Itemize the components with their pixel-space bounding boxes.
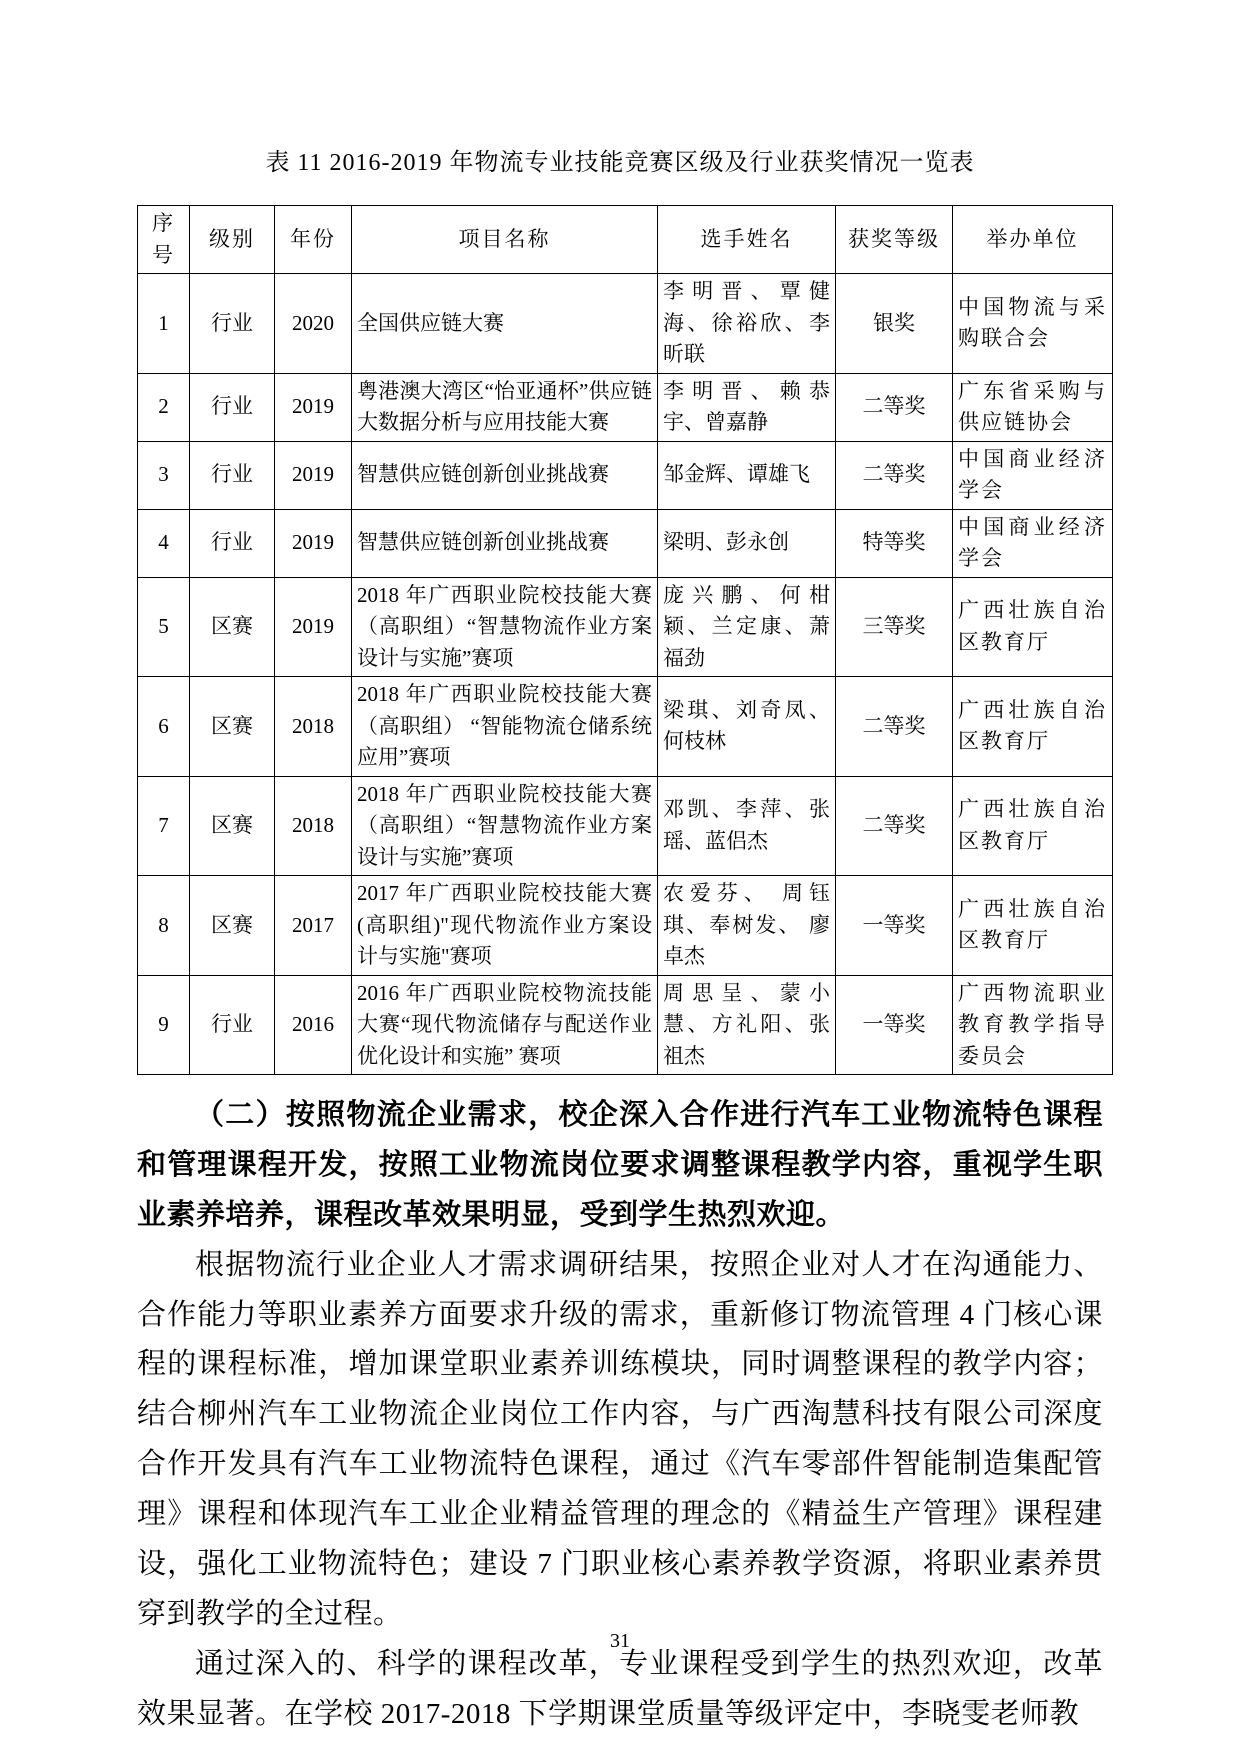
table-row: 7 区赛 2018 2018 年广西职业院校技能大赛（高职组）“智慧物流作业方案… xyxy=(138,776,1113,876)
cell-award: 特等奖 xyxy=(836,509,953,577)
cell-award: 三等奖 xyxy=(836,577,953,677)
cell-project: 全国供应链大赛 xyxy=(352,274,658,374)
header-organizer: 举办单位 xyxy=(953,206,1113,274)
cell-players: 李明晋、覃健海、徐裕欣、李昕联 xyxy=(658,274,836,374)
award-table: 序号 级别 年份 项目名称 选手姓名 获奖等级 举办单位 1 行业 2020 全… xyxy=(137,205,1113,1075)
header-no: 序号 xyxy=(138,206,190,274)
cell-level: 行业 xyxy=(190,975,275,1075)
table-row: 4 行业 2019 智慧供应链创新创业挑战赛 梁明、彭永创 特等奖 中国商业经济… xyxy=(138,509,1113,577)
cell-players: 周思呈、蒙小慧、方礼阳、张祖杰 xyxy=(658,975,836,1075)
cell-organizer: 广西壮族自治区教育厅 xyxy=(953,577,1113,677)
cell-organizer: 广东省采购与供应链协会 xyxy=(953,373,1113,441)
cell-level: 区赛 xyxy=(190,776,275,876)
header-project: 项目名称 xyxy=(352,206,658,274)
table-row: 6 区赛 2018 2018 年广西职业院校技能大赛（高职组） “智能物流仓储系… xyxy=(138,677,1113,777)
cell-no: 1 xyxy=(138,274,190,374)
cell-award: 二等奖 xyxy=(836,677,953,777)
cell-level: 行业 xyxy=(190,441,275,509)
header-level: 级别 xyxy=(190,206,275,274)
cell-award: 一等奖 xyxy=(836,876,953,976)
cell-organizer: 广西物流职业教育教学指导委员会 xyxy=(953,975,1113,1075)
cell-no: 4 xyxy=(138,509,190,577)
cell-award: 二等奖 xyxy=(836,441,953,509)
cell-players: 梁琪、刘奇凤、何枝林 xyxy=(658,677,836,777)
cell-no: 8 xyxy=(138,876,190,976)
header-players: 选手姓名 xyxy=(658,206,836,274)
cell-organizer: 中国商业经济学会 xyxy=(953,441,1113,509)
cell-no: 2 xyxy=(138,373,190,441)
cell-year: 2019 xyxy=(275,509,352,577)
cell-no: 7 xyxy=(138,776,190,876)
cell-year: 2016 xyxy=(275,975,352,1075)
cell-level: 区赛 xyxy=(190,577,275,677)
table-header-row: 序号 级别 年份 项目名称 选手姓名 获奖等级 举办单位 xyxy=(138,206,1113,274)
cell-year: 2018 xyxy=(275,677,352,777)
table-row: 2 行业 2019 粤港澳大湾区“怡亚通杯”供应链大数据分析与应用技能大赛 李明… xyxy=(138,373,1113,441)
paragraph-heading: （二）按照物流企业需求，校企深入合作进行汽车工业物流特色课程和管理课程开发，按照… xyxy=(137,1091,1103,1241)
cell-award: 二等奖 xyxy=(836,776,953,876)
cell-project: 2018 年广西职业院校技能大赛（高职组） “智能物流仓储系统应用”赛项 xyxy=(352,677,658,777)
cell-organizer: 广西壮族自治区教育厅 xyxy=(953,776,1113,876)
table-row: 5 区赛 2019 2018 年广西职业院校技能大赛（高职组）“智慧物流作业方案… xyxy=(138,577,1113,677)
table-row: 1 行业 2020 全国供应链大赛 李明晋、覃健海、徐裕欣、李昕联 银奖 中国物… xyxy=(138,274,1113,374)
cell-level: 区赛 xyxy=(190,876,275,976)
cell-organizer: 广西壮族自治区教育厅 xyxy=(953,876,1113,976)
cell-project: 2016 年广西职业院校物流技能大赛“现代物流储存与配送作业优化设计和实施” 赛… xyxy=(352,975,658,1075)
header-year: 年份 xyxy=(275,206,352,274)
cell-players: 庞兴鹏、何柑颖、兰定康、萧福劲 xyxy=(658,577,836,677)
cell-players: 梁明、彭永创 xyxy=(658,509,836,577)
cell-organizer: 中国物流与采购联合会 xyxy=(953,274,1113,374)
paragraph-body: 通过深入的、科学的课程改革，专业课程受到学生的热烈欢迎，改革效果显著。在学校 2… xyxy=(137,1640,1103,1740)
header-award: 获奖等级 xyxy=(836,206,953,274)
cell-award: 二等奖 xyxy=(836,373,953,441)
cell-year: 2019 xyxy=(275,441,352,509)
cell-no: 3 xyxy=(138,441,190,509)
cell-project: 2017 年广西职业院校技能大赛(高职组)"现代物流作业方案设计与实施"赛项 xyxy=(352,876,658,976)
cell-project: 2018 年广西职业院校技能大赛（高职组）“智慧物流作业方案设计与实施”赛项 xyxy=(352,776,658,876)
cell-award: 银奖 xyxy=(836,274,953,374)
table-caption: 表 11 2016-2019 年物流专业技能竞赛区级及行业获奖情况一览表 xyxy=(0,142,1240,177)
cell-year: 2019 xyxy=(275,373,352,441)
cell-level: 行业 xyxy=(190,509,275,577)
cell-project: 智慧供应链创新创业挑战赛 xyxy=(352,441,658,509)
cell-year: 2019 xyxy=(275,577,352,677)
table-row: 9 行业 2016 2016 年广西职业院校物流技能大赛“现代物流储存与配送作业… xyxy=(138,975,1113,1075)
cell-players: 邹金辉、谭雄飞 xyxy=(658,441,836,509)
table-row: 3 行业 2019 智慧供应链创新创业挑战赛 邹金辉、谭雄飞 二等奖 中国商业经… xyxy=(138,441,1113,509)
cell-no: 5 xyxy=(138,577,190,677)
cell-players: 农爱芬、 周钰琪、奉树发、 廖卓杰 xyxy=(658,876,836,976)
cell-level: 行业 xyxy=(190,373,275,441)
paragraph-body: 根据物流行业企业人才需求调研结果，按照企业对人才在沟通能力、合作能力等职业素养方… xyxy=(137,1241,1103,1640)
cell-level: 行业 xyxy=(190,274,275,374)
cell-award: 一等奖 xyxy=(836,975,953,1075)
cell-year: 2020 xyxy=(275,274,352,374)
cell-project: 智慧供应链创新创业挑战赛 xyxy=(352,509,658,577)
cell-year: 2018 xyxy=(275,776,352,876)
cell-players: 邓凯、李萍、张瑶、蓝侣杰 xyxy=(658,776,836,876)
cell-project: 粤港澳大湾区“怡亚通杯”供应链大数据分析与应用技能大赛 xyxy=(352,373,658,441)
cell-year: 2017 xyxy=(275,876,352,976)
cell-no: 6 xyxy=(138,677,190,777)
document-page: 表 11 2016-2019 年物流专业技能竞赛区级及行业获奖情况一览表 序号 … xyxy=(0,0,1240,1754)
cell-players: 李明晋、赖恭宇、曾嘉静 xyxy=(658,373,836,441)
cell-organizer: 中国商业经济学会 xyxy=(953,509,1113,577)
table-row: 8 区赛 2017 2017 年广西职业院校技能大赛(高职组)"现代物流作业方案… xyxy=(138,876,1113,976)
cell-project: 2018 年广西职业院校技能大赛（高职组）“智慧物流作业方案设计与实施”赛项 xyxy=(352,577,658,677)
cell-level: 区赛 xyxy=(190,677,275,777)
page-number: 31 xyxy=(0,1630,1240,1653)
cell-organizer: 广西壮族自治区教育厅 xyxy=(953,677,1113,777)
cell-no: 9 xyxy=(138,975,190,1075)
